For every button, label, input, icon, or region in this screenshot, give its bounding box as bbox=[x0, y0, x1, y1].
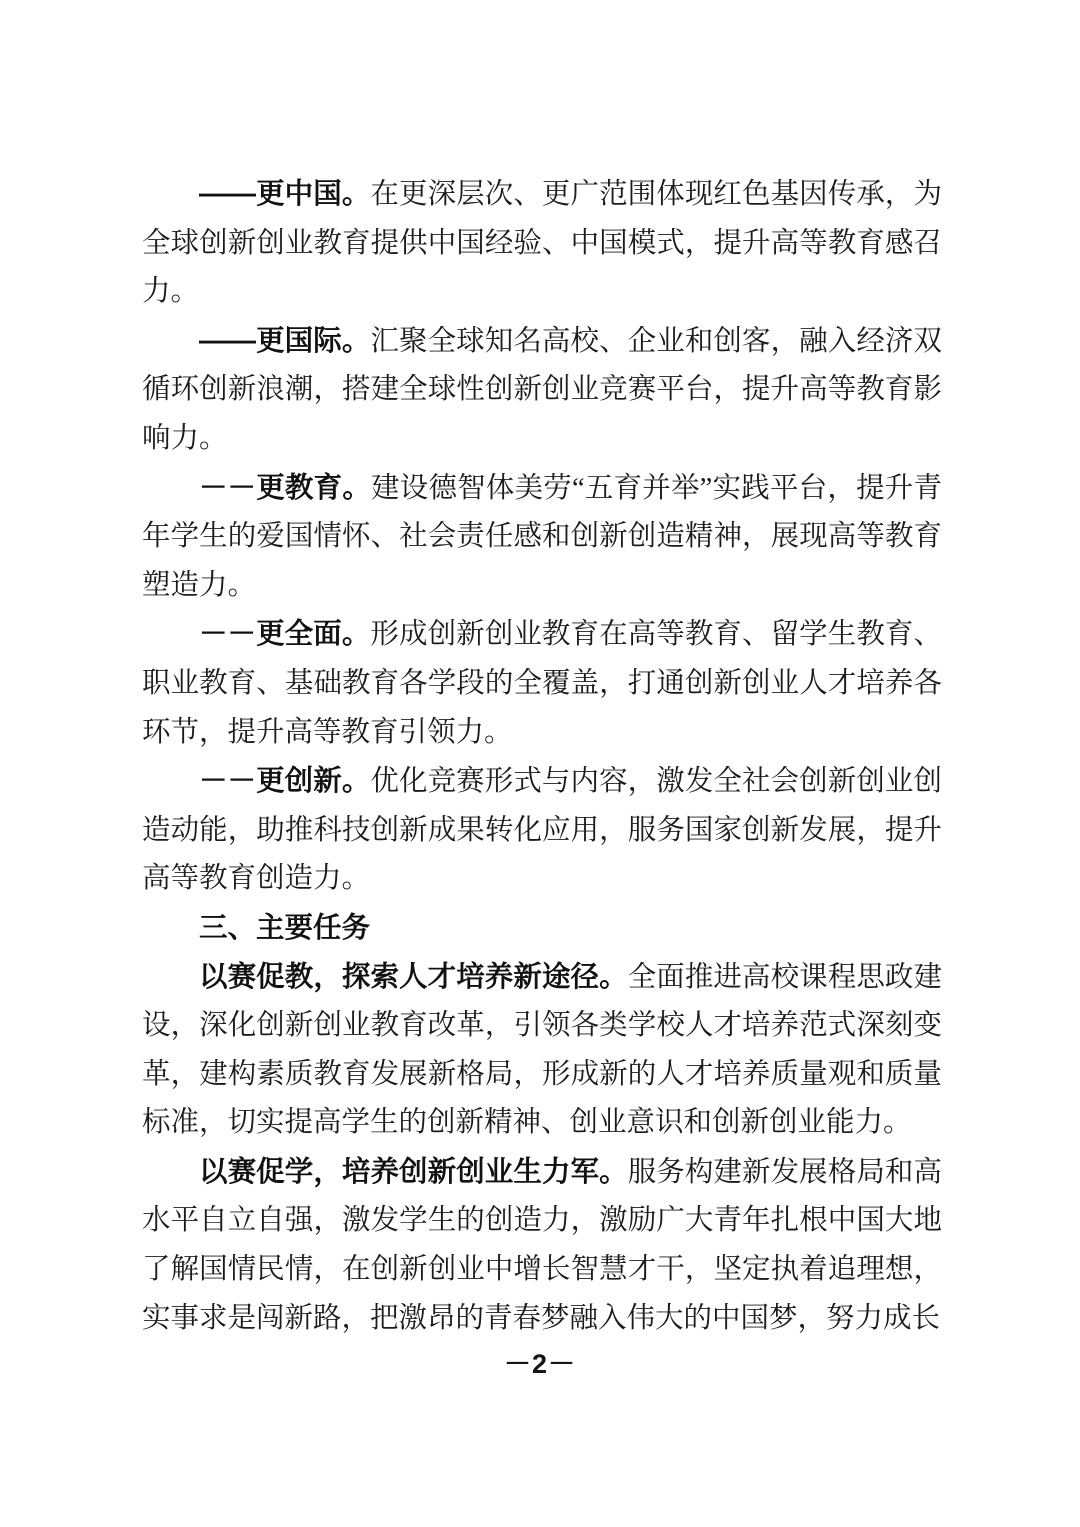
em-dash-paragraph-more-comprehensive: －－更全面。形成创新创业教育在高等教育、留学生教育、职业教育、基础教育各学段的全… bbox=[142, 610, 942, 757]
page-number: －2－ bbox=[0, 1342, 1080, 1381]
em-dash-paragraph-more-china: ——更中国。在更深层次、更广范围体现红色基因传承，为全球创新创业教育提供中国经验… bbox=[142, 170, 942, 317]
paragraph-lead: ——更中国。 bbox=[199, 178, 370, 210]
paragraph-lead: －－更教育。 bbox=[199, 472, 371, 504]
paragraph-lead: －－更全面。 bbox=[199, 618, 370, 650]
paragraph-lead: 以赛促教，探索人才培养新途径。 bbox=[199, 961, 628, 993]
paragraph-lead: －－更创新。 bbox=[199, 765, 370, 797]
paragraph-lead: ——更国际。 bbox=[199, 325, 370, 357]
em-dash-paragraph-more-innovative: －－更创新。优化竞赛形式与内容，激发全社会创新创业创造动能，助推科技创新成果转化… bbox=[142, 757, 942, 904]
document-text-block: ——更中国。在更深层次、更广范围体现红色基因传承，为全球创新创业教育提供中国经验… bbox=[142, 170, 942, 1343]
task-paragraph-promote-teaching: 以赛促教，探索人才培养新途径。全面推进高校课程思政建设，深化创新创业教育改革，引… bbox=[142, 953, 942, 1148]
paragraph-lead: 以赛促学，培养创新创业生力军。 bbox=[199, 1156, 628, 1188]
section-heading-main-tasks: 三、主要任务 bbox=[142, 904, 942, 953]
task-paragraph-promote-learning: 以赛促学，培养创新创业生力军。服务构建新发展格局和高水平自立自强，激发学生的创造… bbox=[142, 1148, 942, 1343]
document-page: ——更中国。在更深层次、更广范围体现红色基因传承，为全球创新创业教育提供中国经验… bbox=[0, 0, 1080, 1527]
em-dash-paragraph-more-international: ——更国际。汇聚全球知名高校、企业和创客，融入经济双循环创新浪潮，搭建全球性创新… bbox=[142, 317, 942, 464]
em-dash-paragraph-more-education: －－更教育。建设德智体美劳“五育并举”实践平台，提升青年学生的爱国情怀、社会责任… bbox=[142, 464, 942, 611]
